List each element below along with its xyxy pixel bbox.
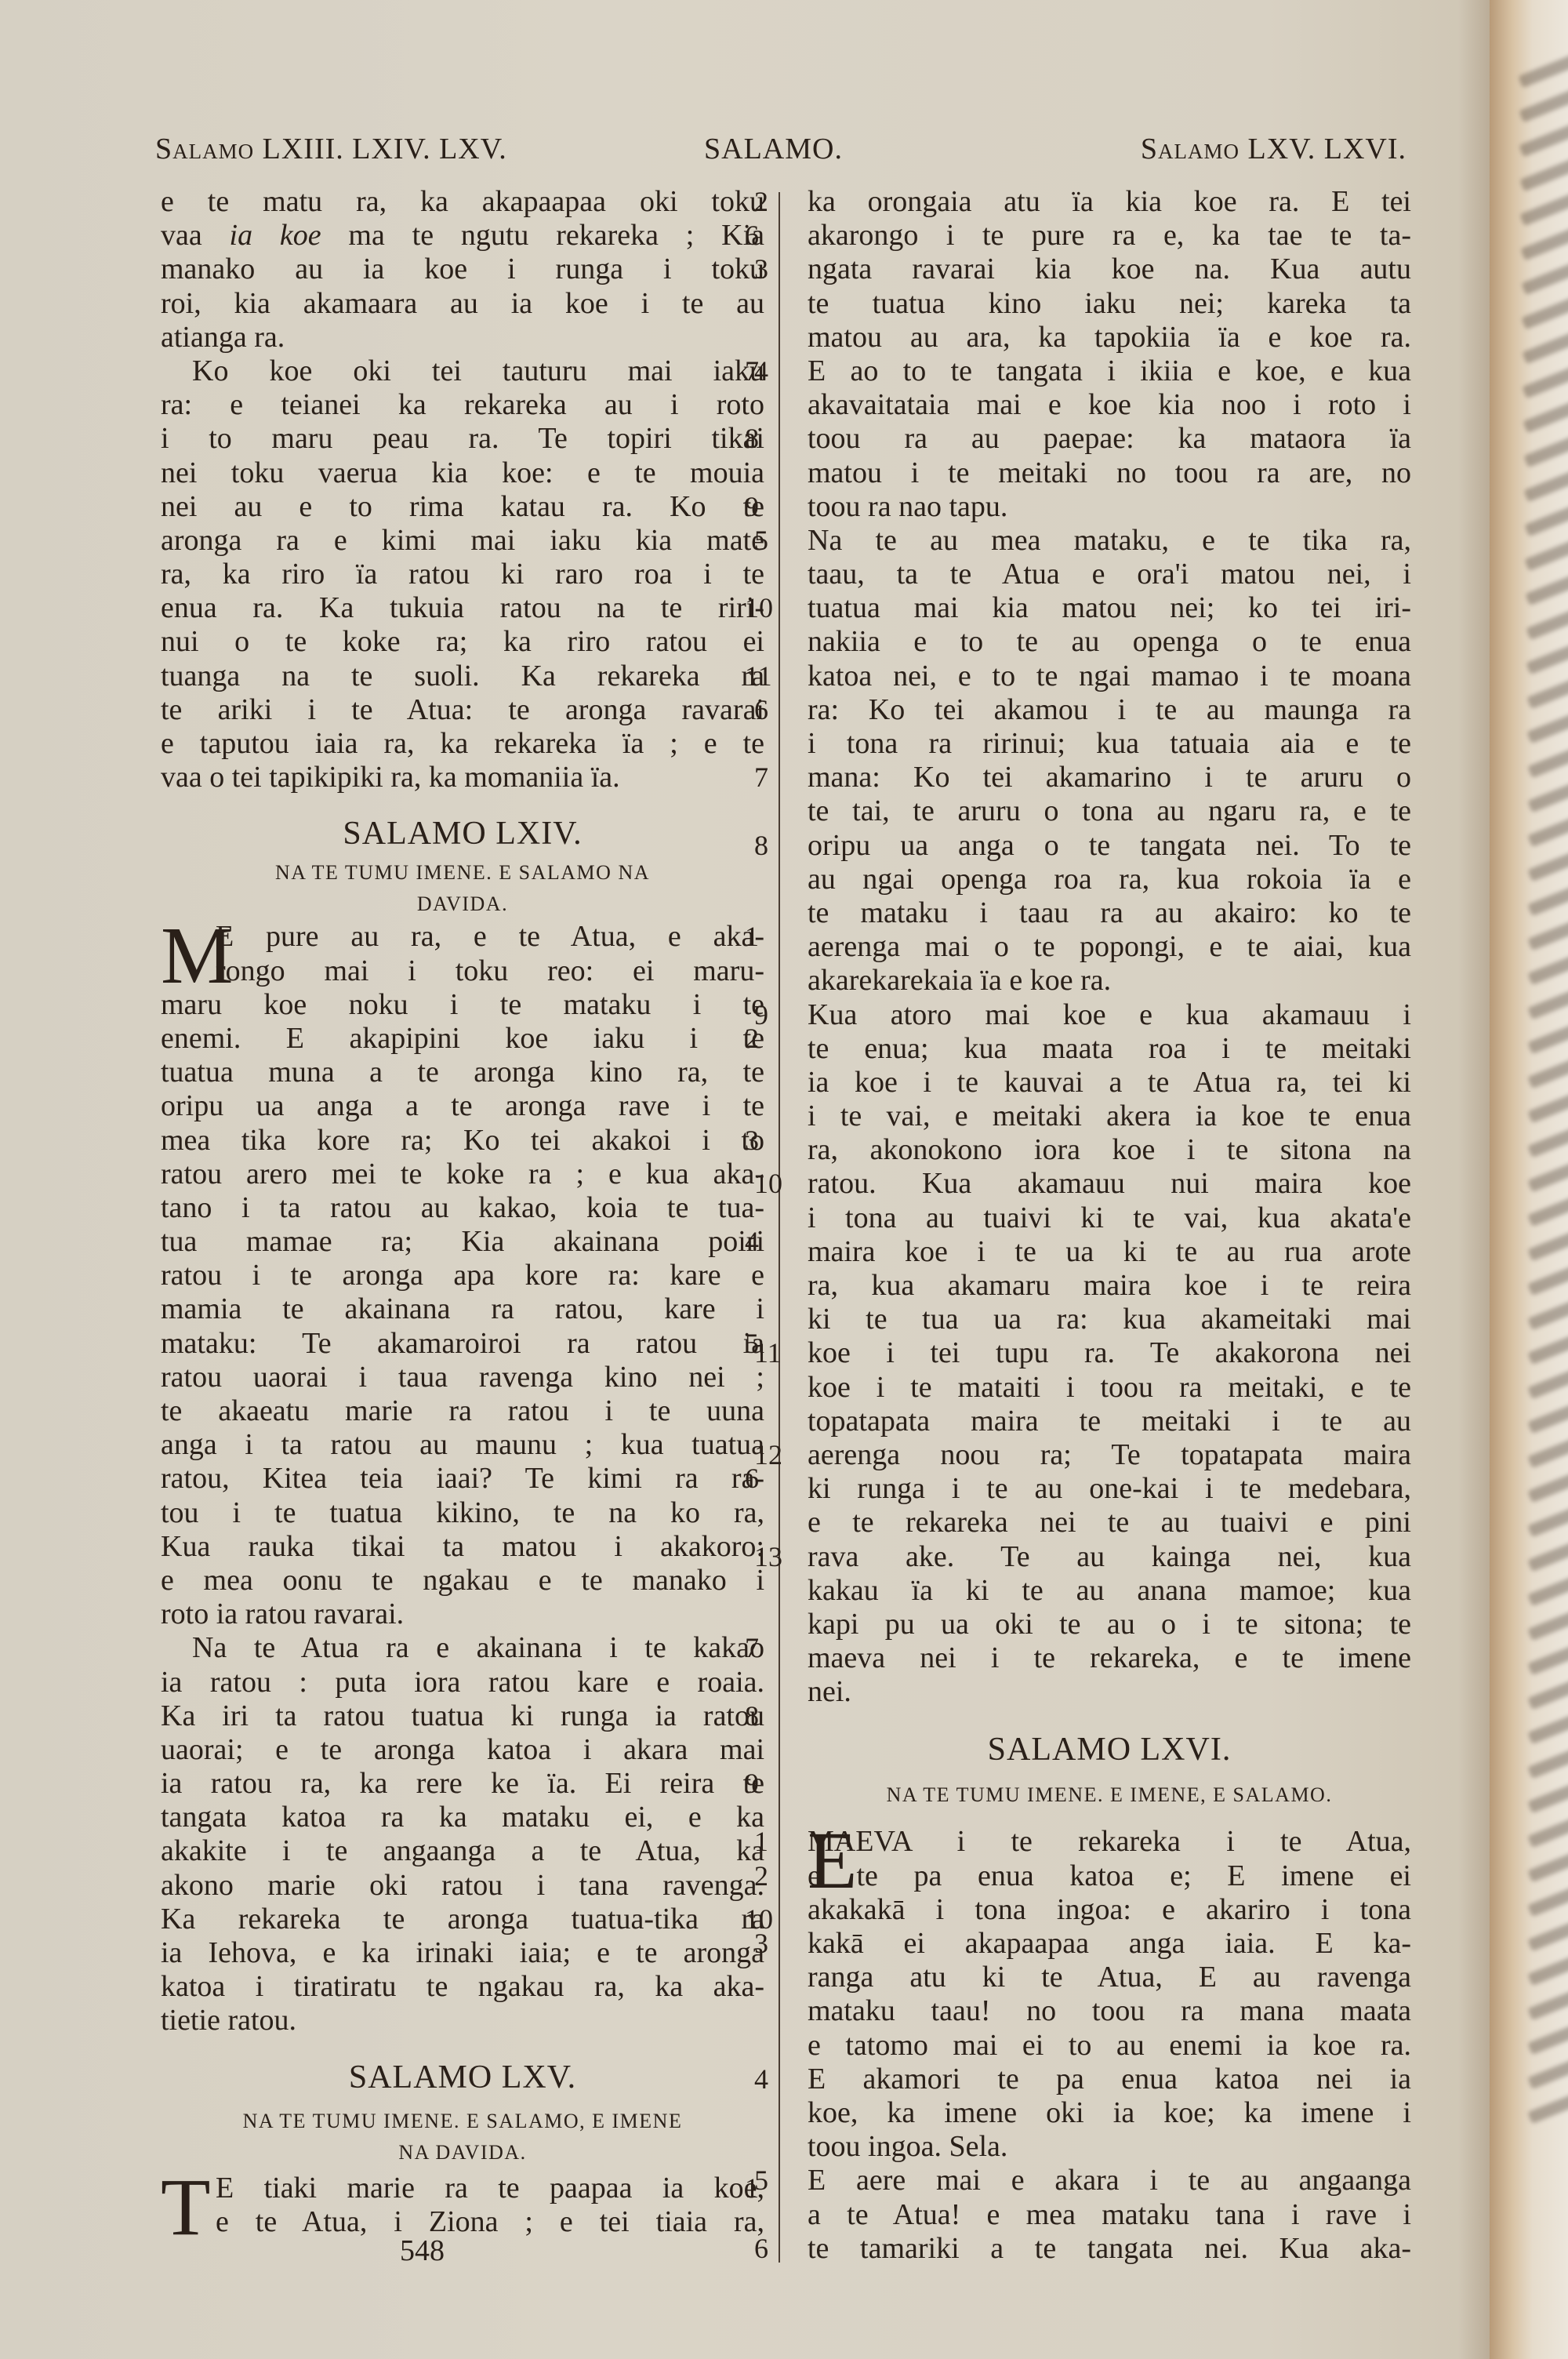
verse-line: E akamori te pa enua katoa nei ia4 bbox=[808, 2063, 1411, 2096]
verse-text: i tona ra ririnui; kua tatuaia aia e te bbox=[808, 727, 1411, 760]
verse-text: te tai, te aruru o tona au ngaru ra, e t… bbox=[808, 794, 1411, 827]
verse-text: E ao to te tangata i ikiia e koe, e kua bbox=[808, 354, 1411, 387]
verse-text: te ariki i te Atua: te aronga ravarai bbox=[161, 693, 764, 726]
verse-text: toou ra nao tapu. bbox=[808, 490, 1007, 523]
blurred-text-line bbox=[1527, 1396, 1568, 1434]
verse-line: ki runga i te au one-kai i te medebara, bbox=[808, 1472, 1411, 1506]
verse-text: nei au e to rima katau ra. Ko te bbox=[161, 490, 764, 523]
verse-text: maira koe i te ua ki te au rua arote bbox=[808, 1235, 1411, 1268]
verse-line: i tona ra ririnui; kua tatuaia aia e te bbox=[808, 727, 1411, 761]
blurred-text-line bbox=[1520, 223, 1568, 261]
verse-line: toou ra au paepae: ka mataora ïa bbox=[808, 422, 1411, 456]
verse-text: nei toku vaerua kia koe: e te mouia bbox=[161, 456, 764, 489]
verse-line: ra, ka riro ïa ratou ki raro roa i te bbox=[161, 558, 764, 591]
verse-text: atianga ra. bbox=[161, 321, 285, 354]
verse-line: toou ingoa. Sela. bbox=[808, 2130, 1411, 2164]
blurred-text-line bbox=[1527, 913, 1568, 951]
verse-text: i te vai, e meitaki akera ia koe te enua bbox=[808, 1100, 1411, 1132]
verse-text: ia ratou : puta iora ratou kare e roaia. bbox=[161, 1666, 764, 1699]
verse-text: Na te au mea mataku, e te tika ra, bbox=[808, 524, 1411, 557]
verse-line: ra, kua akamaru maira koe i te reira bbox=[808, 1269, 1411, 1303]
verse-number: 1 bbox=[745, 920, 792, 954]
blurred-text-line bbox=[1527, 1223, 1568, 1262]
verse-text: Ka iri ta ratou tuatua ki runga ia ratou bbox=[161, 1699, 764, 1732]
psalm-heading: SALAMO LXVI. bbox=[808, 1726, 1411, 1773]
verse-line: i to maru peau ra. Te topiri tikai8 bbox=[161, 422, 764, 456]
verse-line: oripu ua anga a te aronga rave i te bbox=[161, 1089, 764, 1123]
page-number: 548 bbox=[400, 2234, 445, 2268]
blurred-text-line bbox=[1523, 430, 1568, 468]
verse-line: anga i ta ratou au maunu ; kua tuatua bbox=[161, 1428, 764, 1462]
verse-line: koe i te mataiti i toou ra meitaki, e te bbox=[808, 1371, 1411, 1405]
verse-text: koe i tei tupu ra. Te akakorona nei bbox=[808, 1336, 1411, 1369]
verse-line: E aere mai e akara i te au angaanga5 bbox=[808, 2164, 1411, 2197]
blurred-text-line bbox=[1527, 1051, 1568, 1089]
verse-number: 13 bbox=[754, 1540, 793, 1574]
psalm-heading: SALAMO LXIV. bbox=[161, 810, 764, 857]
verse-text: koe, ka imene oki ia koe; ka imene i bbox=[808, 2096, 1411, 2129]
verse-number: 7 bbox=[745, 1631, 792, 1665]
verse-number: 3 bbox=[754, 253, 793, 286]
verse-number: 3 bbox=[745, 1124, 792, 1158]
blurred-text-line bbox=[1522, 326, 1568, 365]
verse-text: MAEVA i te rekareka i te Atua, bbox=[808, 1825, 1411, 1858]
verse-text: te akaeatu marie ra ratou i te uuna bbox=[161, 1394, 764, 1427]
verse-text: uaorai; e te aronga katoa i akara mai bbox=[161, 1733, 764, 1766]
left-column: e te matu ra, ka akapaapaa oki tokuvaa i… bbox=[161, 185, 764, 2239]
verse-text: vaa o tei tapikipiki ra, ka momaniia ïa. bbox=[161, 761, 620, 794]
blurred-text-line bbox=[1527, 1707, 1568, 1745]
verse-line: au ngai openga roa ra, kua rokoia ïa e bbox=[808, 863, 1411, 896]
verse-line: ngata ravarai kia koe na. Kua autu3 bbox=[808, 253, 1411, 286]
blurred-text-line bbox=[1527, 706, 1568, 744]
running-head: Salamo LXIII. LXIV. LXV. SALAMO. Salamo … bbox=[155, 132, 1406, 171]
verse-line: akakite i te angaanga a te Atua, ka bbox=[161, 1834, 764, 1868]
verse-text: ra: e teianei ka rekareka au i roto bbox=[161, 388, 764, 421]
verse-text: vaa ia koe ma te ngutu rekareka ; Kia bbox=[161, 219, 764, 252]
verse-line: roto ia ratou ravarai. bbox=[161, 1598, 764, 1631]
verse-line: E tiaki marie ra te paapaa ia koe,1 bbox=[161, 2172, 764, 2205]
verse-text: Ko koe oki tei tauturu mai iaku bbox=[192, 354, 764, 387]
verse-text: Kua rauka tikai ta matou i akakoro: bbox=[161, 1530, 764, 1563]
verse-line: ia ratou : puta iora ratou kare e roaia. bbox=[161, 1666, 764, 1699]
verse-line: enemi. E akapipini koe iaku i te2 bbox=[161, 1022, 764, 1056]
verse-text: mana: Ko tei akamarino i te aruru o bbox=[808, 761, 1411, 794]
verse-number: 4 bbox=[754, 354, 793, 388]
book-page: Salamo LXIII. LXIV. LXV. SALAMO. Salamo … bbox=[0, 0, 1490, 2359]
verse-text: mataku taau! no toou ra mana maata bbox=[808, 1994, 1411, 2027]
verse-line: ra, akonokono iora koe i te sitona na bbox=[808, 1133, 1411, 1167]
blurred-text-line bbox=[1527, 1603, 1568, 1641]
verse-line: rava ake. Te au kainga nei, kua13 bbox=[808, 1540, 1411, 1574]
verse-text: E tiaki marie ra te paapaa ia koe, bbox=[216, 2172, 764, 2205]
verse-line: ia ratou ra, ka rere ke ïa. Ei reira te9 bbox=[161, 1767, 764, 1801]
verse-line: Kua rauka tikai ta matou i akakoro: bbox=[161, 1530, 764, 1564]
verse-number: 11 bbox=[754, 1336, 793, 1370]
verse-number: 3 bbox=[754, 1927, 793, 1961]
verse-text: ra, kua akamaru maira koe i te reira bbox=[808, 1269, 1411, 1302]
verse-line: aerenga noou ra; Te topatapata maira12 bbox=[808, 1438, 1411, 1472]
verse-line: a te Atua! e mea mataku tana i rave i bbox=[808, 2198, 1411, 2232]
verse-line: tua mamae ra; Kia akainana poiri4 bbox=[161, 1225, 764, 1259]
verse-line: mamia te akainana ra ratou, kare i bbox=[161, 1292, 764, 1326]
verse-line: tuatua muna a te aronga kino ra, te bbox=[161, 1056, 764, 1089]
verse-number: 8 bbox=[745, 1699, 792, 1733]
verse-number: 12 bbox=[754, 1438, 793, 1472]
blurred-text-line bbox=[1526, 602, 1568, 641]
blurred-text-line bbox=[1518, 50, 1568, 89]
verse-text: e te rekareka nei te au tuaivi e pini bbox=[808, 1506, 1411, 1539]
verse-line: maru koe noku i te mataku i te bbox=[161, 988, 764, 1022]
verse-text: ka orongaia atu ïa kia koe ra. E tei bbox=[808, 185, 1411, 218]
blurred-text-line bbox=[1527, 1327, 1568, 1365]
blurred-text-line bbox=[1526, 637, 1568, 675]
verse-line: uaorai; e te aronga katoa i akara mai bbox=[161, 1733, 764, 1767]
verse-text: rava ake. Te au kainga nei, kua bbox=[808, 1540, 1411, 1573]
verse-text: ratou, Kitea teia iaai? Te kimi ra ra- bbox=[161, 1462, 764, 1495]
verse-text: kakā ei akapaapaa anga iaia. E ka- bbox=[808, 1927, 1411, 1960]
verse-text: ra: Ko tei akamou i te au maunga ra bbox=[808, 693, 1411, 726]
verse-line: rongo mai i toku reo: ei maru- bbox=[161, 954, 764, 988]
blurred-text-line bbox=[1527, 1189, 1568, 1227]
verse-line: manako au ia koe i runga i toku bbox=[161, 253, 764, 286]
verse-line: ki te tua ua ra: kua akameitaki mai bbox=[808, 1303, 1411, 1336]
blurred-text-line bbox=[1523, 464, 1568, 503]
verse-text: tuatua mai kia matou nei; ko tei iri- bbox=[808, 591, 1411, 624]
verse-text: akarekarekaia ïa e koe ra. bbox=[808, 964, 1111, 997]
blurred-text-line bbox=[1527, 1914, 1568, 1952]
verse-text: maeva nei i te rekareka, e te imene bbox=[808, 1641, 1411, 1674]
verse-line: akakakā i tona ingoa: e akariro i tona bbox=[808, 1893, 1411, 1927]
verse-line: kakā ei akapaapaa anga iaia. E ka-3 bbox=[808, 1927, 1411, 1961]
verse-text: oripu ua anga a te aronga rave i te bbox=[161, 1089, 764, 1122]
verse-number: 5 bbox=[754, 524, 793, 558]
verse-number: 1 bbox=[754, 1825, 793, 1859]
verse-text: roi, kia akamaara au ia koe i te au bbox=[161, 287, 764, 320]
verse-text: ratou i te aronga apa kore ra: kare e bbox=[161, 1259, 764, 1292]
verse-text: Na te Atua ra e akainana i te kakao bbox=[192, 1631, 764, 1664]
verse-text: ra, akonokono iora koe i te sitona na bbox=[808, 1133, 1411, 1166]
verse-line: maira koe i te ua ki te au rua arote bbox=[808, 1235, 1411, 1269]
verse-line: nei toku vaerua kia koe: e te mouia bbox=[161, 456, 764, 490]
verse-line: e te pa enua katoa e; E imene ei2 bbox=[808, 1859, 1411, 1893]
verse-line: Ko koe oki tei tauturu mai iaku7 bbox=[161, 354, 764, 388]
verse-text: e te pa enua katoa e; E imene ei bbox=[808, 1859, 1411, 1892]
verse-line: e mea oonu te ngakau e te manako i bbox=[161, 1564, 764, 1598]
verse-line: koe i tei tupu ra. Te akakorona nei11 bbox=[808, 1336, 1411, 1370]
verse-text: akakakā i tona ingoa: e akariro i tona bbox=[808, 1893, 1411, 1926]
verse-number: 8 bbox=[754, 829, 793, 863]
verse-text: toou ingoa. Sela. bbox=[808, 2130, 1007, 2163]
verse-text: te tuatua kino iaku nei; kareka ta bbox=[808, 287, 1411, 320]
verse-text: ratou arero mei te koke ra ; e kua aka- bbox=[161, 1158, 764, 1190]
verse-text: e taputou iaia ra, ka rekareka ïa ; e te bbox=[161, 727, 764, 760]
verse-line: nei. bbox=[808, 1675, 1411, 1709]
verse-line: tuatua mai kia matou nei; ko tei iri- bbox=[808, 591, 1411, 625]
verse-text: E pure au ra, e te Atua, e aka- bbox=[216, 920, 764, 953]
verse-line: enua ra. Ka tukuia ratou na te riri-10 bbox=[161, 591, 764, 625]
verse-number: 10 bbox=[754, 1167, 793, 1201]
verse-line: tangata katoa ra ka mataku ei, e ka bbox=[161, 1801, 764, 1834]
spacer bbox=[161, 2038, 764, 2054]
verse-text: aronga ra e kimi mai iaku kia mate bbox=[161, 524, 764, 557]
verse-line: vaa ia koe ma te ngutu rekareka ; Kia6 bbox=[161, 219, 764, 253]
verse-line: ratou. Kua akamauu nui maira koe10 bbox=[808, 1167, 1411, 1201]
psalm-subheading: NA TE TUMU IMENE. E IMENE, E SALAMO. bbox=[808, 1779, 1411, 1811]
verse-line: te tuatua kino iaku nei; kareka ta bbox=[808, 287, 1411, 321]
blurred-text-line bbox=[1524, 499, 1568, 537]
verse-line: nei au e to rima katau ra. Ko te9 bbox=[161, 490, 764, 524]
blurred-text-line bbox=[1519, 85, 1568, 123]
verse-text: nui o te koke ra; ka riro ratou ei bbox=[161, 625, 764, 658]
verse-text: mamia te akainana ra ratou, kare i bbox=[161, 1292, 764, 1325]
verse-line: toou ra nao tapu. bbox=[808, 490, 1411, 524]
verse-line: i te vai, e meitaki akera ia koe te enua bbox=[808, 1100, 1411, 1133]
verse-line: i tona au tuaivi ki te vai, kua akata'e bbox=[808, 1201, 1411, 1235]
verse-number: 10 bbox=[745, 591, 792, 625]
psalm-subheading: NA TE TUMU IMENE. E SALAMO, E IMENE bbox=[161, 2106, 764, 2137]
verse-text: ia ratou ra, ka rere ke ïa. Ei reira te bbox=[161, 1767, 764, 1800]
verse-line: Kua atoro mai koe e kua akamauu i9 bbox=[808, 998, 1411, 1032]
running-head-right: Salamo LXV. LXVI. bbox=[1141, 132, 1406, 166]
blurred-text-line bbox=[1519, 119, 1568, 158]
running-head-left: Salamo LXIII. LXIV. LXV. bbox=[155, 132, 507, 166]
verse-text: katoa nei, e to te ngai mamao i te moana bbox=[808, 660, 1411, 692]
blurred-text-line bbox=[1527, 1672, 1568, 1710]
verse-text: enua ra. Ka tukuia ratou na te riri- bbox=[161, 591, 764, 624]
verse-text: koe i te mataiti i toou ra meitaki, e te bbox=[808, 1371, 1411, 1404]
verse-line: nakiia e to te au openga o te enua bbox=[808, 625, 1411, 659]
blurred-text-line bbox=[1527, 1361, 1568, 1400]
verse-text: ki te tua ua ra: kua akameitaki mai bbox=[808, 1303, 1411, 1336]
blurred-text-line bbox=[1527, 1983, 1568, 2021]
verse-text: maru koe noku i te mataku i te bbox=[161, 988, 764, 1021]
verse-number: 9 bbox=[754, 998, 793, 1032]
blurred-text-line bbox=[1523, 395, 1568, 434]
verse-text: tua mamae ra; Kia akainana poiri bbox=[161, 1225, 764, 1258]
verse-line: ratou arero mei te koke ra ; e kua aka- bbox=[161, 1158, 764, 1191]
verse-line: te mataku i taau ra au akairo: ko te bbox=[808, 896, 1411, 930]
blurred-text-line bbox=[1527, 1845, 1568, 1883]
verse-text: ki runga i te au one-kai i te medebara, bbox=[808, 1472, 1411, 1505]
verse-line: tietie ratou. bbox=[161, 2004, 764, 2037]
verse-number: 6 bbox=[754, 693, 793, 727]
verse-text: akono marie oki ratou i tana ravenga. bbox=[161, 1869, 764, 1902]
blurred-text-line bbox=[1523, 361, 1568, 399]
verse-text: ra, ka riro ïa ratou ki raro roa i te bbox=[161, 558, 764, 591]
blurred-text-line bbox=[1527, 1430, 1568, 1469]
verse-text: ratou. Kua akamauu nui maira koe bbox=[808, 1167, 1411, 1200]
verse-line: nui o te koke ra; ka riro ratou ei bbox=[161, 625, 764, 659]
verse-line: katoa nei, e to te ngai mamao i te moana bbox=[808, 660, 1411, 693]
verse-line: e te matu ra, ka akapaapaa oki toku bbox=[161, 185, 764, 219]
blurred-text-line bbox=[1521, 257, 1568, 296]
verse-line: roi, kia akamaara au ia koe i te au bbox=[161, 287, 764, 321]
verse-text: au ngai openga roa ra, kua rokoia ïa e bbox=[808, 863, 1411, 896]
psalm-opening: ME pure au ra, e te Atua, e aka-1rongo m… bbox=[161, 920, 764, 2037]
verse-line: ia koe i te kauvai a te Atua ra, tei ki bbox=[808, 1066, 1411, 1100]
verse-text: manako au ia koe i runga i toku bbox=[161, 253, 764, 285]
verse-text: i to maru peau ra. Te topiri tikai bbox=[161, 422, 764, 455]
blurred-text-line bbox=[1525, 533, 1568, 572]
verse-text: akakite i te angaanga a te Atua, ka bbox=[161, 1834, 764, 1867]
verse-line: te akaeatu marie ra ratou i te uuna bbox=[161, 1394, 764, 1428]
blurred-text-line bbox=[1527, 1637, 1568, 1676]
spacer bbox=[808, 1811, 1411, 1825]
blurred-text-line bbox=[1527, 1120, 1568, 1158]
verse-line: te enua; kua maata roa i te meitaki bbox=[808, 1032, 1411, 1066]
verse-line: matou au ara, ka tapokiia ïa e koe ra. bbox=[808, 321, 1411, 354]
verse-line: ka orongaia atu ïa kia koe ra. E tei2 bbox=[808, 185, 1411, 219]
verse-text: akarongo i te pure ra e, ka tae te ta- bbox=[808, 219, 1411, 252]
verse-line: E pure au ra, e te Atua, e aka-1 bbox=[161, 920, 764, 954]
verse-text: mea tika kore ra; Ko tei akakoi i to bbox=[161, 1124, 764, 1157]
blurred-text-line bbox=[1527, 1465, 1568, 1503]
verse-line: mea tika kore ra; Ko tei akakoi i to3 bbox=[161, 1124, 764, 1158]
blurred-text-line bbox=[1521, 292, 1568, 330]
verse-text: tuatua muna a te aronga kino ra, te bbox=[161, 1056, 764, 1089]
blurred-text-line bbox=[1527, 1776, 1568, 1814]
verse-line: ranga atu ki te Atua, E au ravenga bbox=[808, 1961, 1411, 1994]
blurred-text-line bbox=[1527, 1085, 1568, 1124]
verse-line: aronga ra e kimi mai iaku kia mate bbox=[161, 524, 764, 558]
verse-number: 9 bbox=[745, 490, 792, 524]
verse-line: tuanga na te suoli. Ka rekareka ra11 bbox=[161, 660, 764, 693]
verse-text: Ka rekareka te aronga tuatua-tika ra bbox=[161, 1903, 764, 1936]
blurred-text-line bbox=[1527, 1499, 1568, 1538]
verse-line: mana: Ko tei akamarino i te aruru o7 bbox=[808, 761, 1411, 794]
verse-text: mataku: Te akamaroiroi ra ratou ia bbox=[161, 1327, 764, 1360]
blurred-text-line bbox=[1527, 740, 1568, 779]
verse-text: ngata ravarai kia koe na. Kua autu bbox=[808, 253, 1411, 285]
psalm-subheading: NA DAVIDA. bbox=[161, 2137, 764, 2168]
blurred-text-line bbox=[1527, 878, 1568, 917]
verse-text: i tona au tuaivi ki te vai, kua akata'e bbox=[808, 1201, 1411, 1234]
verse-number: 4 bbox=[745, 1225, 792, 1259]
verse-line: ia Iehova, e ka irinaki iaia; e te arong… bbox=[161, 1936, 764, 1970]
verse-line: tou i te tuatua kikino, te na ko ra, bbox=[161, 1496, 764, 1530]
verse-line: E ao to te tangata i ikiia e koe, e kua4 bbox=[808, 354, 1411, 388]
spacer bbox=[808, 1709, 1411, 1726]
verse-line: e te rekareka nei te au tuaivi e pini bbox=[808, 1506, 1411, 1539]
adjacent-page-edge bbox=[1490, 0, 1568, 2359]
blurred-text-line bbox=[1527, 844, 1568, 882]
verse-line: taau, ta te Atua e ora'i matou nei, i bbox=[808, 558, 1411, 591]
verse-line: Na te Atua ra e akainana i te kakao7 bbox=[161, 1631, 764, 1665]
verse-text: matou i te meitaki no toou ra are, no bbox=[808, 456, 1411, 489]
verse-line: topatapata maira te meitaki i te au bbox=[808, 1405, 1411, 1438]
verse-text: e te Atua, i Ziona ; e tei tiaia ra, bbox=[216, 2205, 764, 2238]
blurred-text-line bbox=[1525, 568, 1568, 606]
verse-number: 7 bbox=[754, 761, 793, 794]
psalm-opening: EMAEVA i te rekareka i te Atua,1e te pa … bbox=[808, 1825, 1411, 2265]
spacer bbox=[161, 794, 764, 810]
blurred-text-line bbox=[1527, 1741, 1568, 1779]
verse-line: e taputou iaia ra, ka rekareka ïa ; e te bbox=[161, 727, 764, 761]
blurred-text-line bbox=[1527, 775, 1568, 813]
blurred-text-line bbox=[1527, 1154, 1568, 1193]
verse-text: tietie ratou. bbox=[161, 2004, 296, 2037]
blurred-text-line bbox=[1527, 1534, 1568, 1572]
verse-text: tuanga na te suoli. Ka rekareka ra bbox=[161, 660, 764, 692]
verse-line: mataku: Te akamaroiroi ra ratou ia5 bbox=[161, 1327, 764, 1361]
blurred-text-line bbox=[1527, 1879, 1568, 1917]
verse-text: e mea oonu te ngakau e te manako i bbox=[161, 1564, 764, 1597]
verse-number: 6 bbox=[745, 219, 792, 253]
blurred-text-line bbox=[1527, 2052, 1568, 2090]
verse-line: e tatomo mai ei to au enemi ia koe ra. bbox=[808, 2029, 1411, 2063]
verse-text: nei. bbox=[808, 1675, 851, 1708]
blurred-text-line bbox=[1527, 982, 1568, 1020]
verse-line: matou i te meitaki no toou ra are, no bbox=[808, 456, 1411, 490]
verse-number: 11 bbox=[745, 660, 792, 693]
blurred-text-line bbox=[1520, 188, 1568, 227]
verse-number: 9 bbox=[745, 1767, 792, 1801]
psalm-subheading: DAVIDA. bbox=[161, 889, 764, 920]
verse-text: topatapata maira te meitaki i te au bbox=[808, 1405, 1411, 1438]
verse-line: MAEVA i te rekareka i te Atua,1 bbox=[808, 1825, 1411, 1859]
blurred-text-line bbox=[1527, 947, 1568, 986]
verse-text: ia koe i te kauvai a te Atua ra, tei ki bbox=[808, 1066, 1411, 1099]
blurred-text-line bbox=[1527, 1948, 1568, 1986]
verse-number: 4 bbox=[754, 2063, 793, 2096]
verse-line: katoa i tiratiratu te ngakau ra, ka aka- bbox=[161, 1970, 764, 2004]
verse-text: E aere mai e akara i te au angaanga bbox=[808, 2164, 1411, 2197]
verse-line: te tamariki a te tangata nei. Kua aka-6 bbox=[808, 2232, 1411, 2266]
verse-text: oripu ua anga o te tangata nei. To te bbox=[808, 829, 1411, 862]
verse-line: te ariki i te Atua: te aronga ravarai bbox=[161, 693, 764, 727]
verse-text: enemi. E akapipini koe iaku i te bbox=[161, 1022, 764, 1055]
running-head-center: SALAMO. bbox=[704, 132, 843, 166]
psalm-subheading: NA TE TUMU IMENE. E SALAMO NA bbox=[161, 857, 764, 889]
verse-text: tou i te tuatua kikino, te na ko ra, bbox=[161, 1496, 764, 1529]
verse-number: 6 bbox=[754, 2232, 793, 2266]
verse-line: Ka rekareka te aronga tuatua-tika ra10 bbox=[161, 1903, 764, 1936]
verse-text: rongo mai i toku reo: ei maru- bbox=[216, 954, 764, 987]
blurred-text-line bbox=[1527, 1810, 1568, 1848]
verse-line: koe, ka imene oki ia koe; ka imene i bbox=[808, 2096, 1411, 2130]
blurred-text-line bbox=[1527, 1568, 1568, 1607]
verse-text: te enua; kua maata roa i te meitaki bbox=[808, 1032, 1411, 1065]
verse-number: 2 bbox=[754, 1859, 793, 1893]
verse-line: maeva nei i te rekareka, e te imene bbox=[808, 1641, 1411, 1675]
verse-text: anga i ta ratou au maunu ; kua tuatua bbox=[161, 1428, 764, 1461]
verse-text: ia Iehova, e ka irinaki iaia; e te arong… bbox=[161, 1936, 764, 1969]
verse-text: ratou uaorai i taua ravenga kino nei ; bbox=[161, 1361, 764, 1394]
verse-text: a te Atua! e mea mataku tana i rave i bbox=[808, 2198, 1411, 2231]
verse-text: toou ra au paepae: ka mataora ïa bbox=[808, 422, 1411, 455]
verse-text: kapi pu ua oki te au o i te sitona; te bbox=[808, 1608, 1411, 1641]
verse-number: 8 bbox=[745, 422, 792, 456]
verse-text: te tamariki a te tangata nei. Kua aka- bbox=[808, 2232, 1411, 2265]
blurred-text-line bbox=[1519, 154, 1568, 192]
verse-line: akono marie oki ratou i tana ravenga. bbox=[161, 1869, 764, 1903]
right-column: ka orongaia atu ïa kia koe ra. E tei2aka… bbox=[808, 185, 1411, 2266]
verse-text: E akamori te pa enua katoa nei ia bbox=[808, 2063, 1411, 2095]
verse-text: e tatomo mai ei to au enemi ia koe ra. bbox=[808, 2029, 1411, 2062]
verse-text: e te matu ra, ka akapaapaa oki toku bbox=[161, 185, 764, 218]
verse-text: katoa i tiratiratu te ngakau ra, ka aka- bbox=[161, 1970, 764, 2003]
verse-line: ratou uaorai i taua ravenga kino nei ; bbox=[161, 1361, 764, 1394]
psalm-opening: TE tiaki marie ra te paapaa ia koe,1e te… bbox=[161, 2172, 764, 2239]
blurred-text-line bbox=[1527, 1292, 1568, 1331]
verse-line: tano i ta ratou au kakao, koia te tua- bbox=[161, 1191, 764, 1225]
verse-number: 5 bbox=[754, 2164, 793, 2197]
verse-text: akavaitataia mai e koe kia noo i roto i bbox=[808, 388, 1411, 421]
verse-line: ratou, Kitea teia iaai? Te kimi ra ra-6 bbox=[161, 1462, 764, 1496]
verse-number: 2 bbox=[754, 185, 793, 219]
verse-line: akarongo i te pure ra e, ka tae te ta- bbox=[808, 219, 1411, 253]
